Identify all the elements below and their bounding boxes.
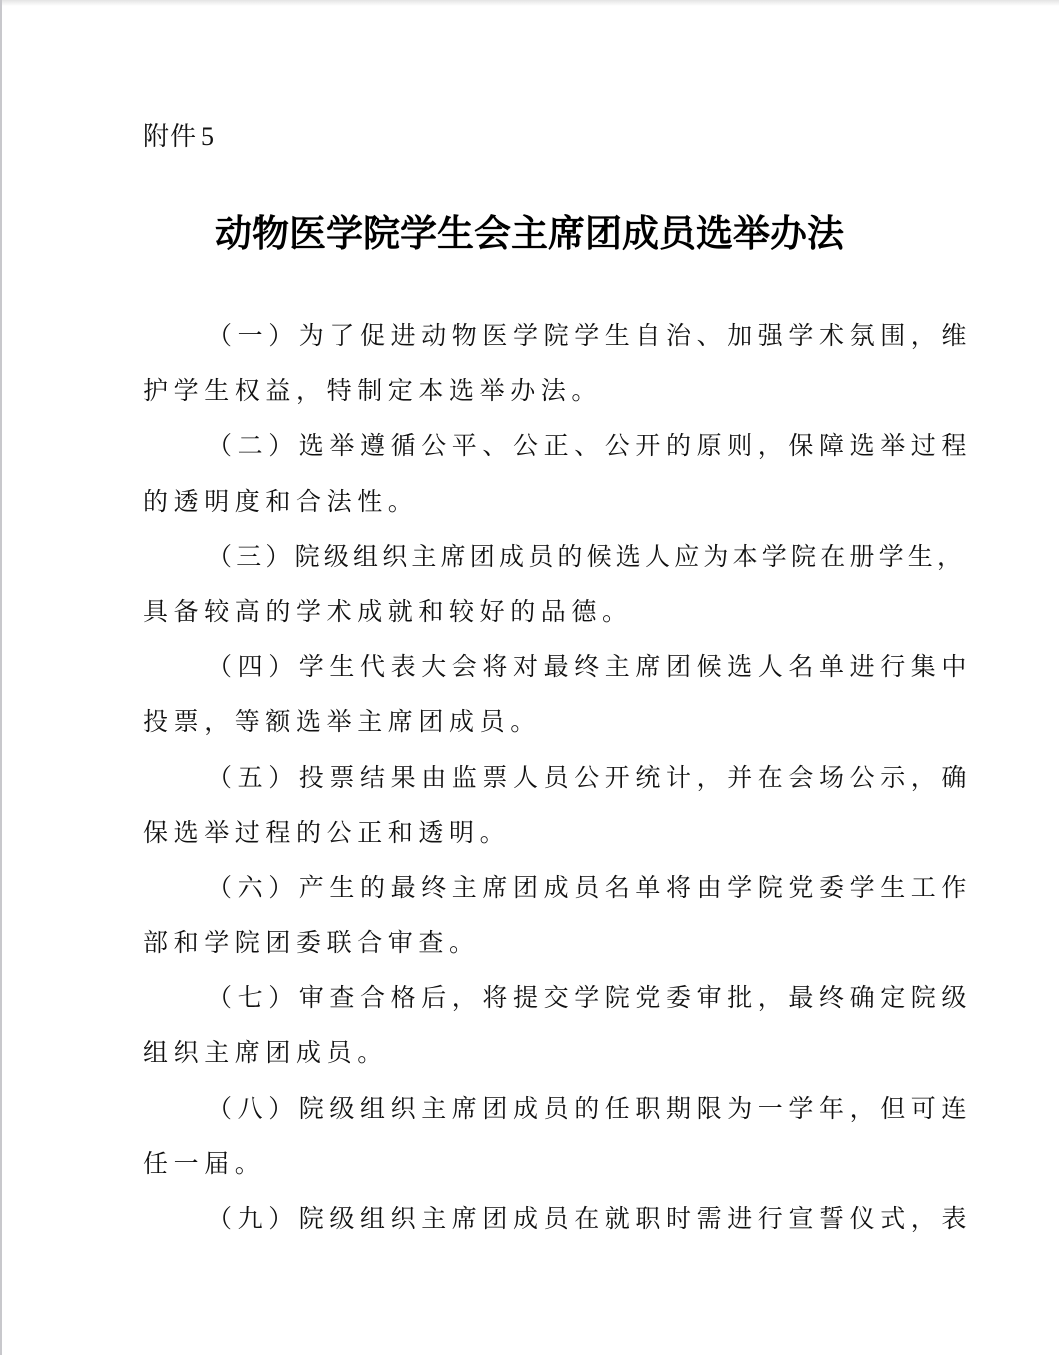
- paragraph-line: （三）院级组织主席团成员的候选人应为本学院在册学生，: [143, 533, 933, 588]
- paragraph-line: （八）院级组织主席团成员的任职期限为一学年，但可连: [143, 1085, 933, 1140]
- document-page: 附件5 动物医学院学生会主席团成员选举办法 （一）为了促进动物医学院学生自治、加…: [0, 0, 1059, 1355]
- paragraph-7: （七）审查合格后，将提交学院党委审批，最终确定院级 组织主席团成员。: [143, 974, 933, 1084]
- attachment-label-text: 附件: [143, 122, 197, 152]
- paragraph-8: （八）院级组织主席团成员的任职期限为一学年，但可连 任一届。: [143, 1085, 933, 1195]
- paragraph-line: （一）为了促进动物医学院学生自治、加强学术氛围，维: [143, 312, 933, 367]
- attachment-number: 5: [201, 122, 215, 151]
- attachment-label: 附件5: [143, 120, 215, 154]
- document-body: （一）为了促进动物医学院学生自治、加强学术氛围，维 护学生权益，特制定本选举办法…: [143, 312, 933, 1250]
- paragraph-line: （四）学生代表大会将对最终主席团候选人名单进行集中: [143, 643, 933, 698]
- document-title: 动物医学院学生会主席团成员选举办法: [0, 210, 1059, 256]
- paragraph-line: 的透明度和合法性。: [143, 478, 933, 533]
- paragraph-line: 组织主席团成员。: [143, 1029, 933, 1084]
- paragraph-line: 保选举过程的公正和透明。: [143, 809, 933, 864]
- paragraph-3: （三）院级组织主席团成员的候选人应为本学院在册学生， 具备较高的学术成就和较好的…: [143, 533, 933, 643]
- paragraph-6: （六）产生的最终主席团成员名单将由学院党委学生工作 部和学院团委联合审查。: [143, 864, 933, 974]
- paragraph-line: 投票，等额选举主席团成员。: [143, 698, 933, 753]
- paragraph-line: 任一届。: [143, 1140, 933, 1195]
- paragraph-line: 护学生权益，特制定本选举办法。: [143, 367, 933, 422]
- paragraph-line: （五）投票结果由监票人员公开统计，并在会场公示，确: [143, 754, 933, 809]
- paragraph-5: （五）投票结果由监票人员公开统计，并在会场公示，确 保选举过程的公正和透明。: [143, 754, 933, 864]
- paragraph-line: 具备较高的学术成就和较好的品德。: [143, 588, 933, 643]
- paragraph-line: （九）院级组织主席团成员在就职时需进行宣誓仪式，表: [143, 1195, 933, 1250]
- paragraph-9: （九）院级组织主席团成员在就职时需进行宣誓仪式，表: [143, 1195, 933, 1250]
- paragraph-line: 部和学院团委联合审查。: [143, 919, 933, 974]
- paragraph-2: （二）选举遵循公平、公正、公开的原则，保障选举过程 的透明度和合法性。: [143, 422, 933, 532]
- paragraph-4: （四）学生代表大会将对最终主席团候选人名单进行集中 投票，等额选举主席团成员。: [143, 643, 933, 753]
- paragraph-line: （七）审查合格后，将提交学院党委审批，最终确定院级: [143, 974, 933, 1029]
- paragraph-line: （二）选举遵循公平、公正、公开的原则，保障选举过程: [143, 422, 933, 477]
- paragraph-line: （六）产生的最终主席团成员名单将由学院党委学生工作: [143, 864, 933, 919]
- paragraph-1: （一）为了促进动物医学院学生自治、加强学术氛围，维 护学生权益，特制定本选举办法…: [143, 312, 933, 422]
